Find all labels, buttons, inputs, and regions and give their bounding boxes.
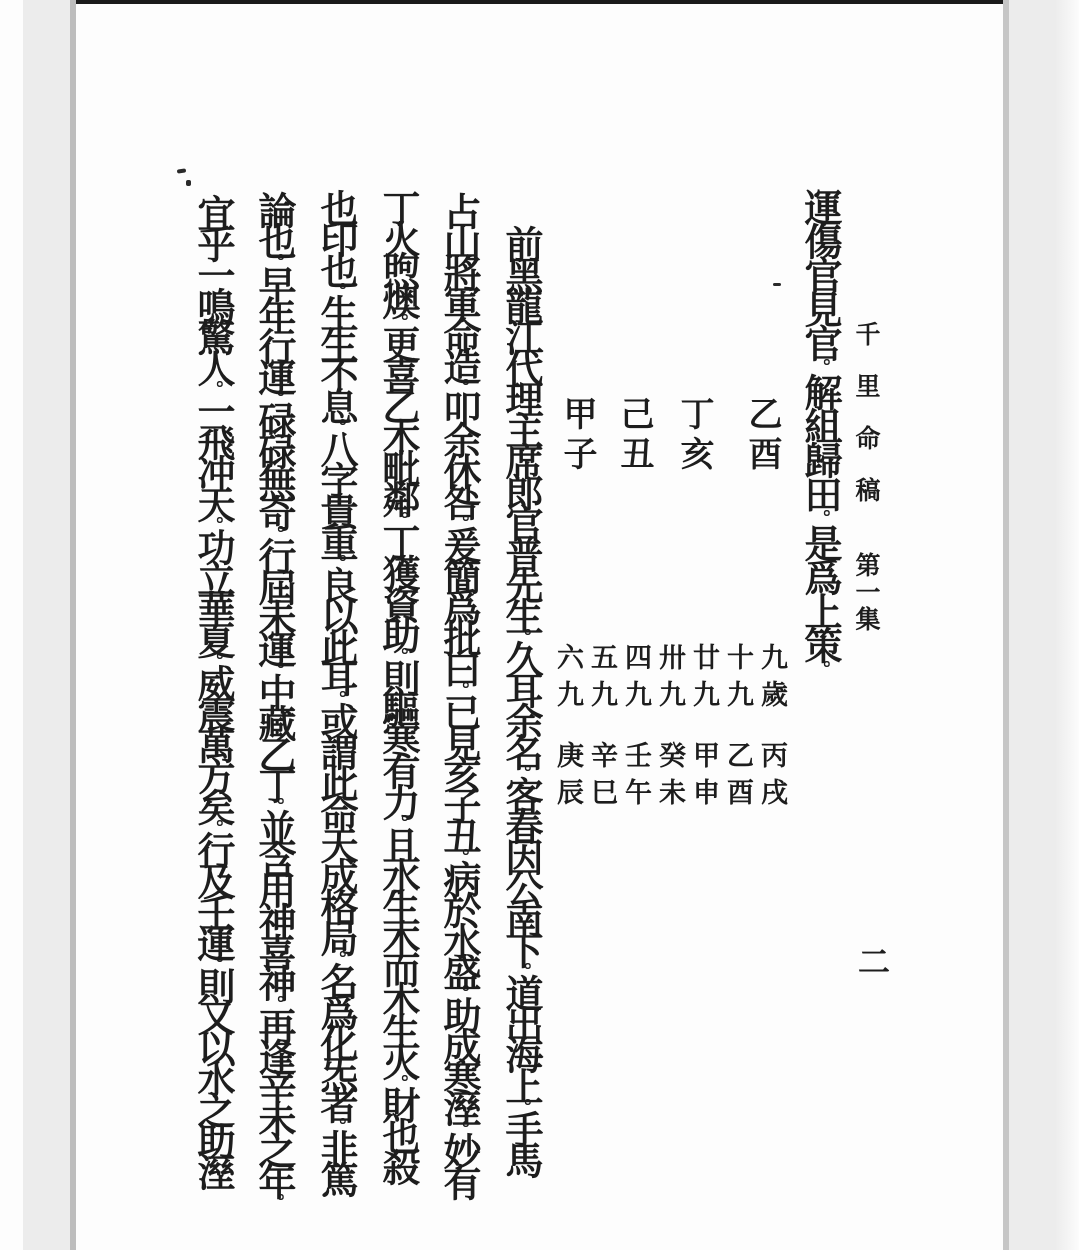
pillar-year: 乙酉: [745, 396, 779, 476]
luck-cycle-4-ganzhi: 癸未: [656, 741, 683, 815]
carryover-sentence-column: 運傷官見官。解組歸田。是爲上策。: [801, 188, 839, 675]
luck-cycle-7-age: 六九: [554, 643, 581, 717]
luck-cycle-3-ganzhi: 甲申: [690, 741, 717, 815]
luck-cycle-2-age: 十九: [724, 643, 751, 717]
page-number: 二: [856, 945, 888, 977]
body-column-6: 宜乎一鳴驚人。一飛冲天。功立華夏。威震萬方矣。行及壬運。則又以水之助溼: [194, 194, 232, 1184]
ink-speck: [186, 180, 191, 186]
luck-cycle-6-age: 五九: [588, 643, 615, 717]
book-title: 千里命稿: [854, 321, 879, 529]
ink-speck: [177, 168, 186, 173]
luck-cycle-1-age: 九歲: [758, 643, 785, 717]
luck-cycle-4-age: 卅九: [656, 643, 683, 717]
pillar-hour: 甲子: [560, 396, 594, 476]
luck-cycle-5-ganzhi: 壬午: [622, 741, 649, 815]
pillar-day: 己丑: [617, 396, 651, 476]
left-gutter-line: [70, 0, 76, 1250]
body-column-4: 也印也。生生不息。八字貴重。良以此耳。或謂此命天成格局。名爲化炁者。非篤: [317, 189, 355, 1191]
body-column-5: 論也。早年行運。碌碌無奇。行屆未運。中藏乙丁。並含用神喜神。再逢辛未之年。: [255, 191, 293, 1205]
body-column-2: 占山將軍命造。叩余休咎。爰簡爲批曰。已見亥子丑。病於水盛。助成寒溼。妙有: [440, 192, 478, 1194]
volume-label: 第一集: [854, 552, 879, 633]
left-gutter: [23, 0, 70, 1250]
ink-speck: [773, 283, 781, 286]
scan-artifact-top-strip: [76, 0, 1003, 4]
pillar-month: 丁亥: [677, 396, 711, 476]
luck-cycle-6-ganzhi: 辛巳: [588, 741, 615, 815]
luck-cycle-3-age: 廿九: [690, 643, 717, 717]
luck-cycle-5-age: 四九: [622, 643, 649, 717]
right-gutter: [1009, 0, 1079, 1250]
luck-cycle-7-ganzhi: 庚辰: [554, 741, 581, 815]
luck-cycle-2-ganzhi: 乙酉: [724, 741, 751, 815]
luck-cycle-1-ganzhi: 丙戌: [758, 741, 785, 815]
scanned-book-page: { "header": { "book_title": "千里命稿", "vol…: [0, 0, 1079, 1250]
body-column-3: 丁火煦燠。更喜乙木毗鄰。丁獲資助。則驅寒有力。且水生木而木生火。財也殺: [379, 189, 417, 1179]
body-column-1: 前黑龍江代理主席郎官普先生。久耳余名。客春因公南下。道出海上。手馬: [502, 225, 540, 1172]
